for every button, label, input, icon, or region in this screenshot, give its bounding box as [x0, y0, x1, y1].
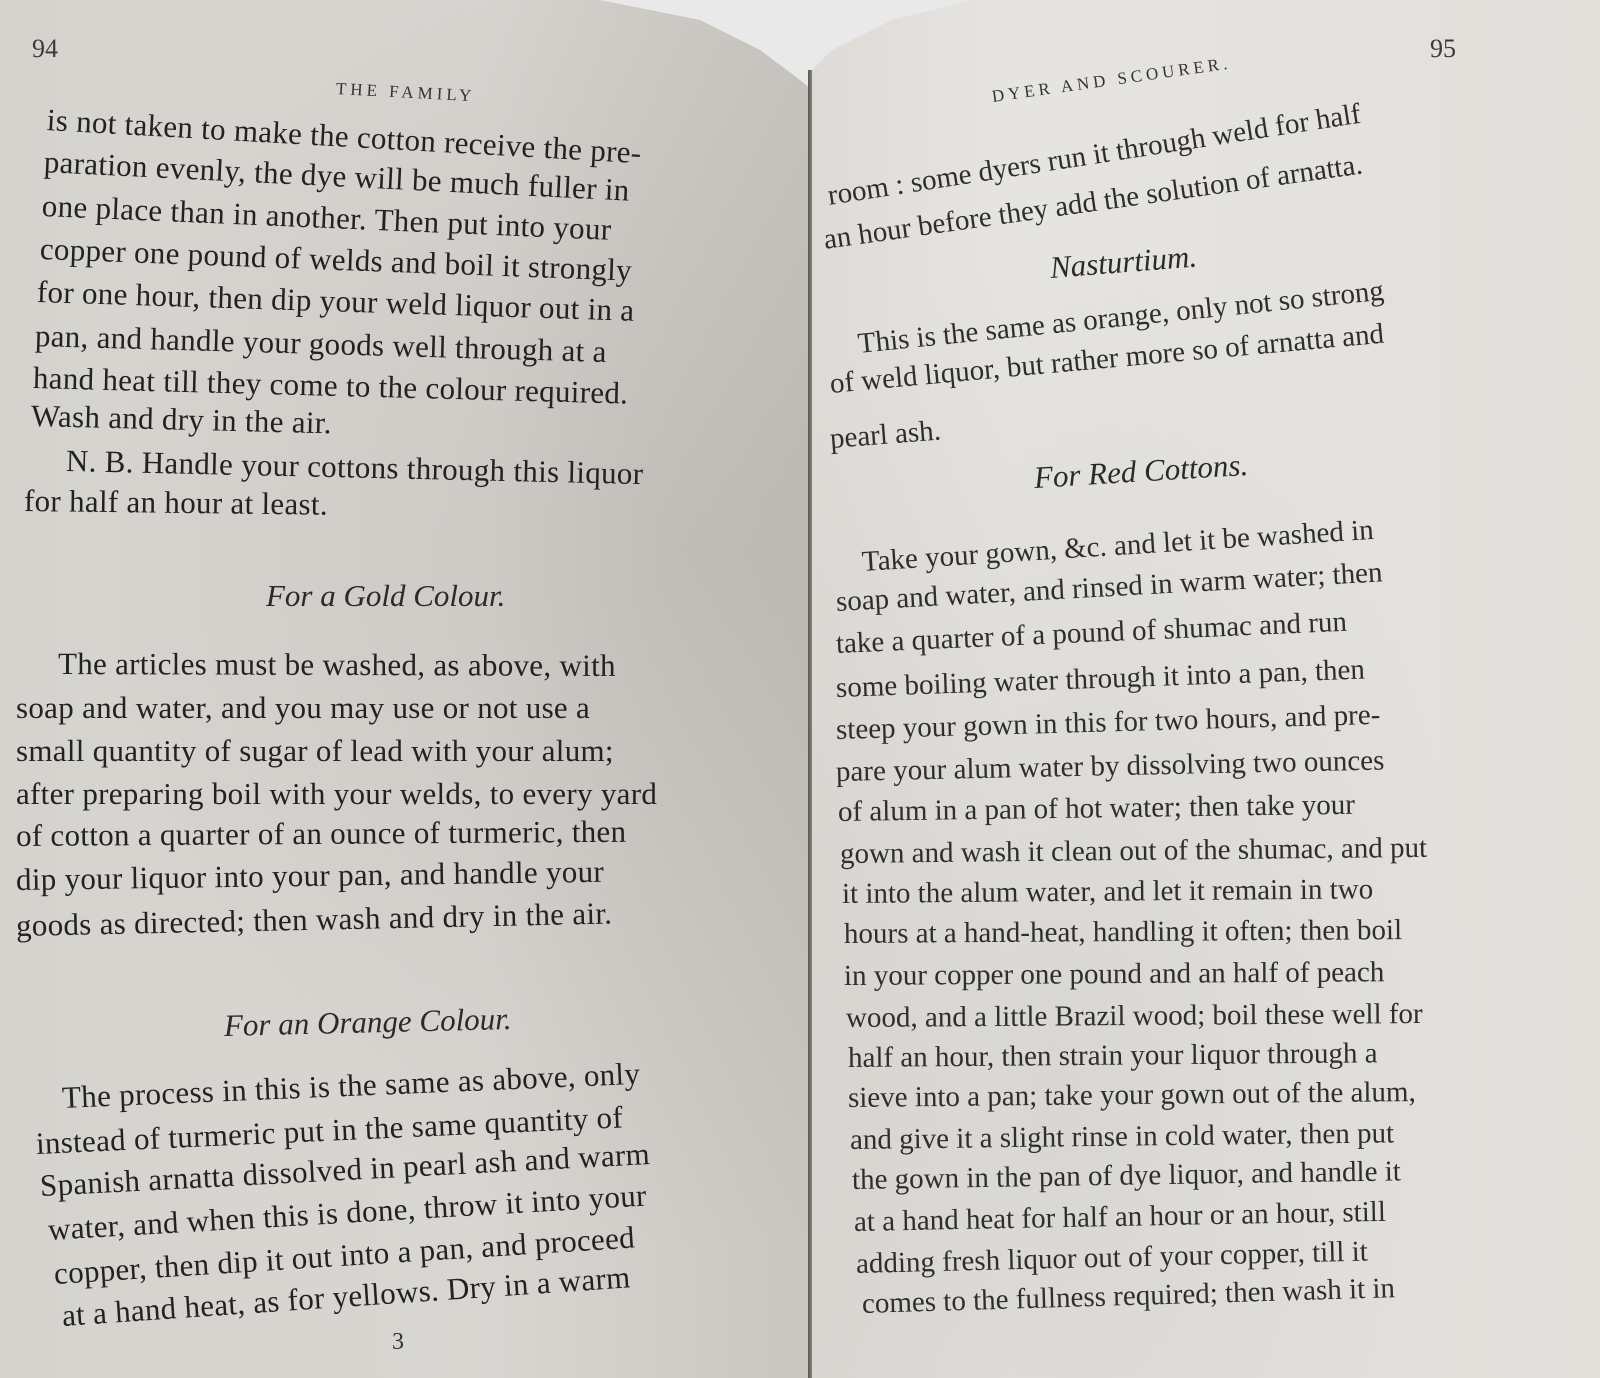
page-number-left: 94 — [32, 36, 58, 62]
text-line: in your copper one pound and an half of … — [844, 958, 1385, 991]
page-number-right: 95 — [1430, 36, 1456, 62]
text-line: half an hour, then strain your liquor th… — [848, 1039, 1378, 1073]
running-title-right: DYER AND SCOURER. — [991, 54, 1232, 104]
text-line: the gown in the pan of dye liquor, and h… — [852, 1157, 1401, 1195]
text-line: pare your alum water by dissolving two o… — [836, 747, 1385, 787]
section-heading-orange: For an Orange Colour. — [224, 1003, 512, 1041]
text-line: small quantity of sugar of lead with you… — [16, 735, 614, 766]
text-line: of alum in a pan of hot water; then take… — [838, 791, 1355, 827]
text-line: it into the alum water, and let it remai… — [842, 875, 1373, 909]
text-line: some boiling water through it into a pan… — [835, 656, 1365, 703]
text-line: wood, and a little Brazil wood; boil the… — [846, 1000, 1423, 1033]
text-line: pan, and handle your goods well through … — [35, 320, 608, 367]
text-line: comes to the fullness required; then was… — [862, 1274, 1396, 1319]
text-line: pearl ash. — [829, 417, 942, 454]
text-line: take a quarter of a pound of shumac and … — [835, 608, 1347, 659]
text-line: gown and wash it clean out of the shumac… — [840, 834, 1427, 869]
text-line: for half an hour at least. — [24, 485, 328, 520]
text-line: goods as directed; then wash and dry in … — [16, 898, 613, 941]
text-line: of cotton a quarter of an ounce of turme… — [16, 816, 627, 851]
text-line: hours at a hand-heat, handling it often;… — [844, 916, 1402, 949]
text-line: N. B. Handle your cottons through this l… — [66, 445, 644, 489]
right-page: 95 DYER AND SCOURER. room : some dyers r… — [812, 0, 1600, 1378]
text-line: The articles must be washed, as above, w… — [58, 648, 616, 681]
text-line: adding fresh liquor out of your copper, … — [856, 1237, 1368, 1278]
text-line: and give it a slight rinse in cold water… — [850, 1119, 1394, 1155]
text-line: after preparing boil with your welds, to… — [16, 778, 657, 809]
text-line: sieve into a pan; take your gown out of … — [848, 1078, 1416, 1113]
section-heading-red-cottons: For Red Cottons. — [1033, 449, 1249, 493]
text-line: steep your gown in this for two hours, a… — [836, 701, 1381, 745]
text-line: Wash and dry in the air. — [31, 400, 333, 438]
text-line: at a hand heat for half an hour or an ho… — [854, 1198, 1386, 1237]
book-gutter — [808, 70, 812, 1378]
signature-mark: 3 — [392, 1330, 404, 1354]
section-heading-nasturtium: Nasturtium. — [1049, 240, 1198, 282]
left-page: 94 THE FAMILY is not taken to make the c… — [0, 0, 812, 1378]
section-heading-gold: For a Gold Colour. — [266, 580, 505, 611]
running-title-left: THE FAMILY — [336, 80, 476, 104]
text-line: soap and water, and you may use or not u… — [16, 692, 590, 723]
text-line: dip your liquor into your pan, and handl… — [16, 856, 604, 895]
